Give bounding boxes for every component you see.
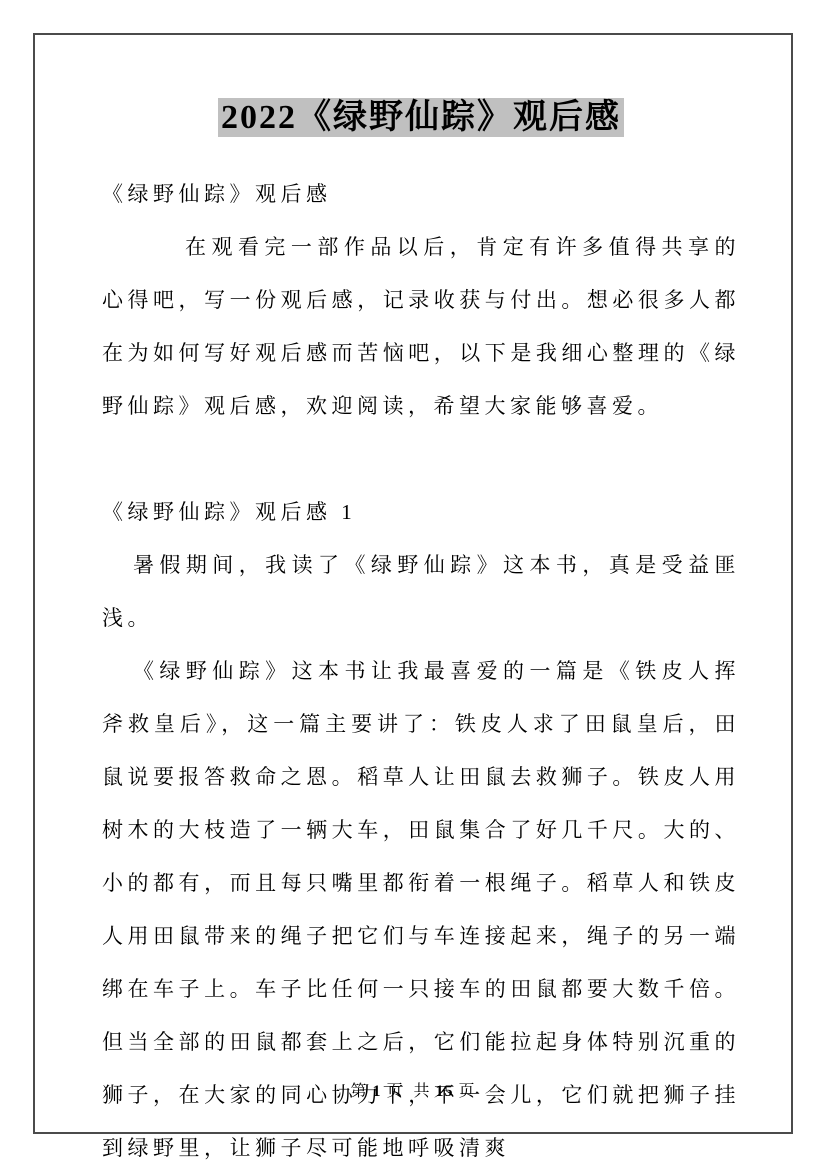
page-content: 2022《绿野仙踪》观后感 《绿野仙踪》观后感 在观看完一部作品以后，肯定有许多… [35, 98, 791, 1170]
section-heading: 《绿野仙踪》观后感 1 [102, 486, 740, 539]
footer-label-prefix: 第 [350, 1083, 372, 1100]
page-footer: 第 1 页 共 15 页 [35, 1078, 791, 1101]
footer-label-suffix: 页 [454, 1083, 476, 1100]
document-subtitle: 《绿野仙踪》观后感 [102, 168, 740, 221]
footer-label-middle: 页 共 [381, 1083, 435, 1100]
total-pages: 15 [436, 1083, 454, 1100]
title-highlight: 2022《绿野仙踪》观后感 [218, 98, 624, 137]
paragraph-spacer [102, 433, 740, 486]
document-title: 2022《绿野仙踪》观后感 [102, 98, 740, 138]
intro-paragraph: 在观看完一部作品以后，肯定有许多值得共享的心得吧，写一份观后感，记录收获与付出。… [102, 221, 740, 433]
document-body: 《绿野仙踪》观后感 在观看完一部作品以后，肯定有许多值得共享的心得吧，写一份观后… [102, 168, 740, 1170]
body-paragraph: 暑假期间，我读了《绿野仙踪》这本书，真是受益匪浅。 [102, 539, 740, 645]
document-page: 2022《绿野仙踪》观后感 《绿野仙踪》观后感 在观看完一部作品以后，肯定有许多… [33, 33, 793, 1134]
